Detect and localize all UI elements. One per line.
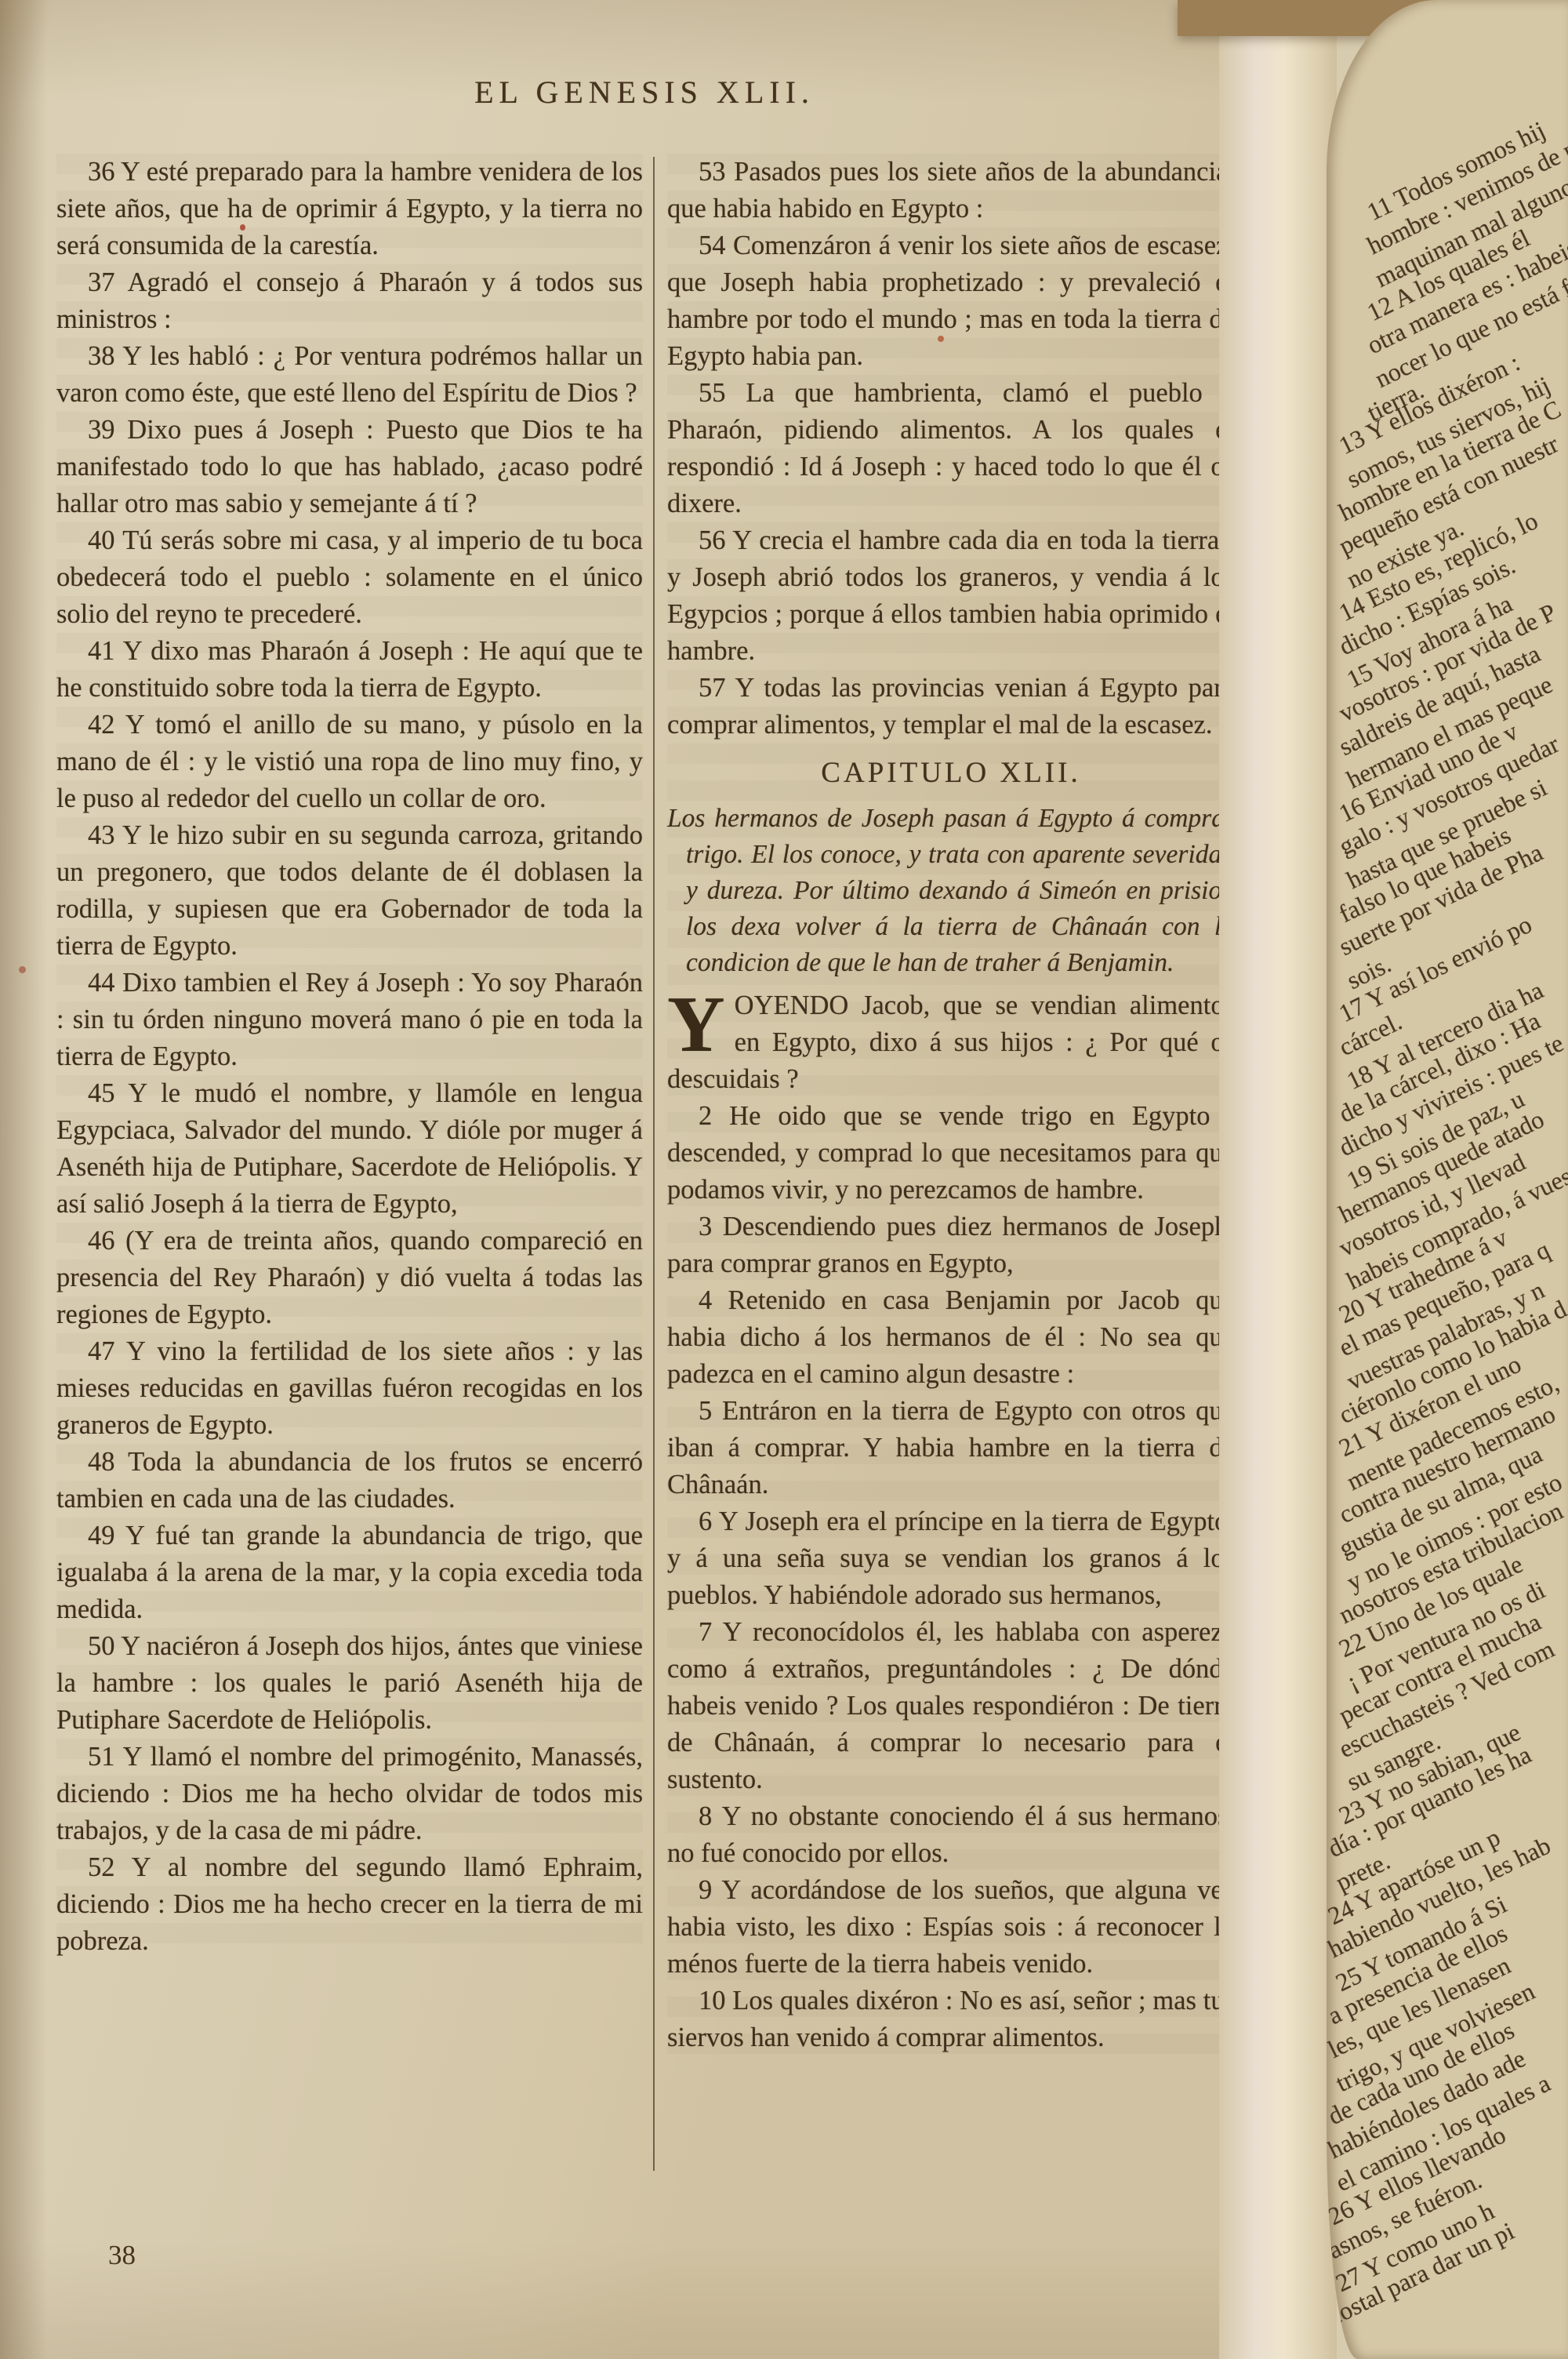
verse-paragraph: 57 Y todas las provincias venian á Egypt… [667, 670, 1235, 743]
verse-paragraph: 53 Pasados pues los siete años de la abu… [667, 154, 1235, 227]
verse-paragraph: 37 Agradó el consejo á Pharaón y á todos… [56, 264, 643, 338]
page-number: 38 [108, 2240, 136, 2271]
verse-text: OYENDO Jacob, que se vendian alimentos e… [667, 990, 1235, 1094]
left-column: 36 Y esté preparado para la hambre venid… [56, 154, 643, 1960]
verse-paragraph: 54 Comenzáron á venir los siete años de … [667, 227, 1235, 375]
verse-paragraph: 8 Y no obstante conociendo él á sus herm… [667, 1798, 1235, 1872]
verse-paragraph: 7 Y reconocídolos él, les hablaba con as… [667, 1614, 1235, 1798]
foxing-speck [240, 224, 245, 231]
foxing-speck [938, 336, 944, 342]
verse-paragraph: 49 Y fué tan grande la abundancia de tri… [56, 1518, 643, 1628]
next-page-text: 11 Todos somos hijhombre : venimos de pa… [1327, 0, 1568, 2359]
verse-paragraph: 51 Y llamó el nombre del primogénito, Ma… [56, 1739, 643, 1849]
verse-paragraph: 52 Y al nombre del segundo llamó Ephraim… [56, 1849, 643, 1960]
verse-paragraph: 38 Y les habló : ¿ Por ventura podrémos … [56, 338, 643, 412]
verse-paragraph: 40 Tú serás sobre mi casa, y al imperio … [56, 522, 643, 633]
running-header: EL GENESIS XLII. [56, 74, 1232, 111]
verse-paragraph: 44 Dixo tambien el Rey á Joseph : Yo soy… [56, 965, 643, 1075]
curled-next-page: 11 Todos somos hijhombre : venimos de pa… [1327, 0, 1568, 2359]
verse-paragraph: 9 Y acordándose de los sueños, que algun… [667, 1872, 1235, 1983]
verse-paragraph: 6 Y Joseph era el príncipe en la tierra … [667, 1503, 1235, 1614]
verse-paragraph: 36 Y esté preparado para la hambre venid… [56, 154, 643, 264]
verse-paragraph: 47 Y vino la fertilidad de los siete año… [56, 1333, 643, 1444]
verse-paragraph: 2 He oido que se vende trigo en Egypto :… [667, 1098, 1235, 1209]
gutter-shadow [0, 0, 47, 2359]
book-page: EL GENESIS XLII. 36 Y esté preparado par… [0, 0, 1239, 2359]
verse-list: 53 Pasados pues los siete años de la abu… [667, 154, 1235, 743]
verse-paragraph: 42 Y tomó el anillo de su mano, y púsolo… [56, 707, 643, 817]
dropcap-letter: Y [667, 987, 735, 1056]
verse-paragraph: 41 Y dixo mas Pharaón á Joseph : He aquí… [56, 633, 643, 707]
verse-list: 2 He oido que se vende trigo en Egypto :… [667, 1098, 1235, 2056]
column-divider [653, 157, 655, 2171]
verse-paragraph: 48 Toda la abundancia de los frutos se e… [56, 1444, 643, 1518]
verse-paragraph: 43 Y le hizo subir en su segunda carroza… [56, 817, 643, 965]
verse-paragraph: 45 Y le mudó el nombre, y llamóle en len… [56, 1075, 643, 1223]
verse-paragraph: 39 Dixo pues á Joseph : Puesto que Dios … [56, 412, 643, 522]
chapter-heading: CAPITULO XLII. [667, 754, 1235, 791]
foxing-speck [19, 966, 26, 973]
verse-paragraph: 50 Y naciéron á Joseph dos hijos, ántes … [56, 1628, 643, 1739]
verse-paragraph: 5 Entráron en la tierra de Egypto con ot… [667, 1393, 1235, 1503]
verse-list: 36 Y esté preparado para la hambre venid… [56, 154, 643, 1960]
book-spread-photo: EL GENESIS XLII. 36 Y esté preparado par… [0, 0, 1568, 2359]
page-fore-edge [1219, 0, 1337, 2359]
verse-paragraph: 55 La que hambrienta, clamó el pueblo á … [667, 375, 1235, 522]
right-column: 53 Pasados pues los siete años de la abu… [667, 154, 1235, 2056]
verse-paragraph: 10 Los quales dixéron : No es así, señor… [667, 1983, 1235, 2056]
verse-paragraph: 4 Retenido en casa Benjamin por Jacob qu… [667, 1282, 1235, 1393]
verse-paragraph-dropcap: Y OYENDO Jacob, que se vendian alimentos… [667, 987, 1235, 1098]
chapter-summary: Los hermanos de Joseph pasan á Egypto á … [667, 801, 1235, 981]
verse-paragraph: 46 (Y era de treinta años, quando compar… [56, 1223, 643, 1333]
verse-paragraph: 56 Y crecia el hambre cada dia en toda l… [667, 522, 1235, 670]
foxing-speck [292, 1383, 296, 1387]
verse-paragraph: 3 Descendiendo pues diez hermanos de Jos… [667, 1209, 1235, 1282]
